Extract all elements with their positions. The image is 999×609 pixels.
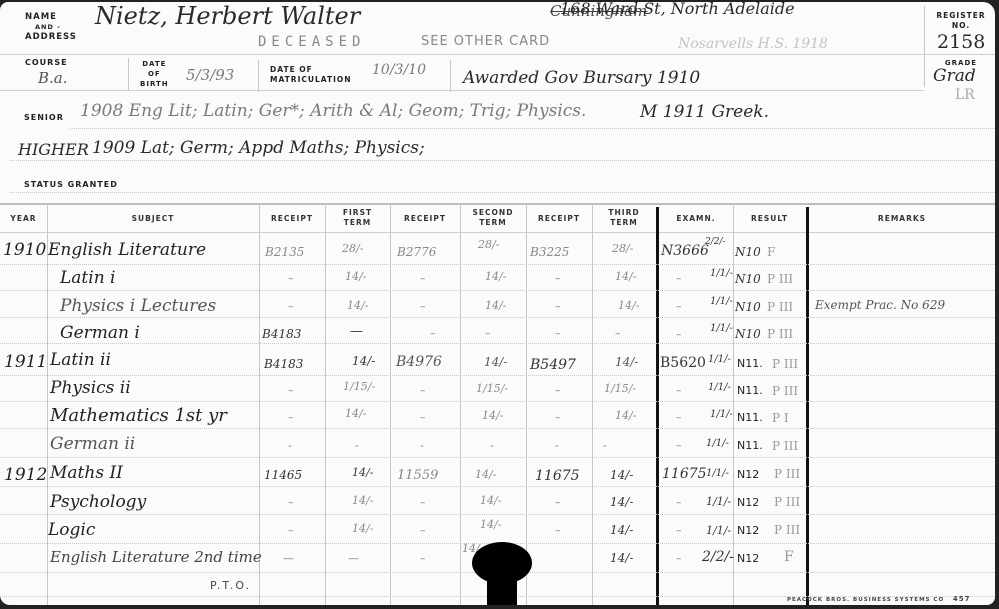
col-header-second-term: SECONDTERM <box>460 208 526 228</box>
printer-imprint: PEACOCK BROS. BUSINESS SYSTEMS CO 457 <box>787 595 971 603</box>
col-header-receipt-3: RECEIPT <box>526 214 592 224</box>
course-value: B.a. <box>38 69 68 87</box>
senior-extra: M 1911 Greek. <box>640 102 769 122</box>
cell-examn: B5620 <box>660 355 706 371</box>
cell-first-term: 14/- <box>352 354 375 368</box>
cell-receipt-1: – <box>288 272 294 285</box>
cell-examn: – <box>676 300 682 313</box>
cell-receipt-2: – <box>420 300 426 313</box>
cell-examn: – <box>676 496 682 509</box>
col-header-first-term: FIRSTTERM <box>325 208 390 228</box>
cell-receipt-3: 11675 <box>535 468 580 484</box>
row-line <box>0 401 995 402</box>
table-header-border <box>0 232 995 233</box>
cell-subject: Logic <box>48 520 95 540</box>
cell-grade: P III <box>767 327 793 341</box>
cell-first-term: 14/- <box>352 522 373 535</box>
col-header-result: RESULT <box>733 214 806 224</box>
cell-examn: – <box>676 328 682 341</box>
divider <box>0 54 995 55</box>
cell-exam-fee: 2/2/- <box>702 549 734 565</box>
cell-receipt-2: – <box>420 384 426 397</box>
cell-receipt-1: B2135 <box>265 245 304 259</box>
cell-exam-fee: 1/1/- <box>708 354 731 365</box>
name-label: NAME AND - ADDRESS <box>25 12 77 42</box>
row-line <box>0 317 995 318</box>
col-header-receipt-1: RECEIPT <box>259 214 325 224</box>
matriculation-label: DATE OF MATRICULATION <box>270 65 352 85</box>
divider <box>10 192 995 193</box>
matriculation-value: 10/3/10 <box>372 62 426 78</box>
cell-year: 1912 <box>4 465 47 485</box>
cell-receipt-2: – <box>420 524 426 537</box>
cell-third-term: 28/- <box>612 242 633 255</box>
cell-exam-fee: 1/1/- <box>706 468 729 479</box>
cell-examn: – <box>676 384 682 397</box>
cell-receipt-1: 11465 <box>264 468 302 482</box>
cell-receipt-1: - <box>288 439 292 452</box>
cell-second-term: 28/- <box>478 238 499 251</box>
cell-first-term: 28/- <box>342 242 363 255</box>
status-granted-label: STATUS GRANTED <box>24 180 118 190</box>
cell-result: N11. <box>737 357 763 370</box>
cell-year: 1910 <box>3 240 46 260</box>
cell-receipt-1: – <box>288 384 294 397</box>
col-header-subject: SUBJECT <box>47 214 259 224</box>
cell-third-term: 14/- <box>610 495 633 509</box>
cell-receipt-3: – <box>555 327 561 340</box>
cell-third-term: – <box>615 327 621 340</box>
divider <box>70 128 995 129</box>
row-line <box>0 457 995 458</box>
cell-subject: Latin i <box>60 268 115 288</box>
row-line <box>0 428 995 429</box>
register-label: REGISTER NO. <box>928 11 994 31</box>
cell-first-term: 14/- <box>352 494 373 507</box>
cell-exam-fee: 2/2/- <box>705 237 726 247</box>
cell-third-term: 14/- <box>610 468 633 482</box>
cell-receipt-1: B4183 <box>262 327 301 341</box>
deceased-stamp: DECEASED <box>258 34 365 50</box>
cell-result: N10 <box>735 245 761 259</box>
cell-exam-fee: 1/1/- <box>706 495 731 508</box>
cell-receipt-1: – <box>288 300 294 313</box>
cell-exam-fee: 1/1/- <box>710 323 733 334</box>
cell-second-term: 14/- <box>482 409 503 422</box>
cell-subject: German ii <box>50 434 135 454</box>
student-record-card: NAME AND - ADDRESS Nietz, Herbert Walter… <box>0 2 995 605</box>
cell-receipt-3: – <box>555 524 561 537</box>
cell-result: N12 <box>737 496 759 509</box>
dob-value: 5/3/93 <box>186 66 234 84</box>
cell-subject: Psychology <box>50 492 146 512</box>
cell-examn: – <box>676 272 682 285</box>
cell-receipt-1: – <box>288 411 294 424</box>
cell-second-term: 14/- <box>484 355 507 369</box>
cell-receipt-3: – <box>555 496 561 509</box>
cell-grade: P III <box>767 272 793 286</box>
row-line <box>0 375 995 376</box>
col-header-third-term: THIRDTERM <box>592 208 656 228</box>
cell-result: N10 <box>735 272 761 286</box>
col-header-examn: EXAMN. <box>659 214 733 224</box>
row-line <box>0 514 995 515</box>
cell-grade: P III <box>774 495 800 509</box>
senior-value: 1908 Eng Lit; Latin; Ger*; Arith & Al; G… <box>80 101 586 121</box>
cell-receipt-2: – <box>420 552 426 565</box>
cell-examn: – <box>676 439 682 452</box>
cell-receipt-2: 11559 <box>397 468 438 483</box>
cell-result: N10 <box>735 327 761 341</box>
cell-subject: English Literature <box>48 240 206 260</box>
table-top-border <box>0 203 995 205</box>
cell-examn: N3666 <box>661 243 709 259</box>
cell-examn: – <box>676 552 682 565</box>
cell-second-term: - <box>490 439 494 452</box>
cell-first-term: 14/- <box>345 270 366 283</box>
cell-receipt-3: B3225 <box>530 245 569 259</box>
cell-receipt-3: – <box>555 300 561 313</box>
cell-result: N10 <box>735 300 761 314</box>
cell-first-term: 14/- <box>352 466 373 479</box>
row-line <box>0 290 995 291</box>
cell-receipt-1: B4183 <box>264 357 303 371</box>
cell-examn: – <box>676 524 682 537</box>
divider <box>258 60 259 92</box>
row-line <box>0 264 995 265</box>
cell-first-term: 14/- <box>345 407 366 420</box>
row-line <box>0 343 995 344</box>
cell-third-term: 14/- <box>618 299 639 312</box>
cell-grade: P III <box>774 467 800 481</box>
cell-second-term: 1/15/- <box>476 382 508 395</box>
cell-receipt-2: – <box>430 327 436 340</box>
cell-receipt-2: – <box>420 496 426 509</box>
cell-result: N11. <box>737 411 763 424</box>
cell-receipt-3: B5497 <box>530 357 576 373</box>
cell-grade: P III <box>774 523 800 537</box>
cell-receipt-2: B4976 <box>396 354 442 370</box>
register-number: 2158 <box>937 31 985 53</box>
cell-second-term: 14/- <box>485 270 506 283</box>
cell-subject: German i <box>60 323 140 343</box>
senior-label: SENIOR <box>24 113 64 123</box>
cell-result: N12 <box>737 552 759 565</box>
cell-exam-fee: 1/1/- <box>708 382 731 393</box>
pto-note: P.T.O. <box>210 579 251 592</box>
higher-value: 1909 Lat; Germ; Appd Maths; Physics; <box>92 138 425 158</box>
cell-receipt-2: – <box>420 272 426 285</box>
cell-first-term: - <box>355 439 359 452</box>
cell-exam-fee: 1/1/- <box>706 524 731 537</box>
cell-receipt-1: – <box>288 524 294 537</box>
cell-examn: 11675 <box>662 466 707 482</box>
see-other-card-stamp: SEE OTHER CARD <box>421 34 550 49</box>
cell-receipt-1: — <box>283 552 294 565</box>
cell-grade: P III <box>772 439 798 453</box>
cell-grade: P III <box>767 300 793 314</box>
cell-third-term: 14/- <box>615 409 636 422</box>
cell-receipt-3: – <box>555 384 561 397</box>
cell-exam-fee: 1/1/- <box>710 409 733 420</box>
col-header-receipt-2: RECEIPT <box>390 214 460 224</box>
cell-receipt-2: - <box>420 439 424 452</box>
cell-result: N11. <box>737 439 763 452</box>
cell-first-term: — <box>350 324 363 339</box>
cell-result: N11. <box>737 384 763 397</box>
row-line <box>0 486 995 487</box>
cell-exam-fee: 1/1/- <box>710 296 733 307</box>
cell-remarks: Exempt Prac. No 629 <box>815 298 945 312</box>
cell-receipt-3: - <box>555 439 559 452</box>
cell-result: N12 <box>737 468 759 481</box>
higher-label: HIGHER <box>18 140 89 159</box>
divider <box>128 58 129 90</box>
faint-note: Nosarvells H.S. 1918 <box>678 36 828 52</box>
cell-subject: Maths II <box>50 463 123 483</box>
divider <box>924 57 925 87</box>
cell-subject: Physics i Lectures <box>60 296 216 316</box>
cell-exam-fee: 1/1/- <box>710 268 733 279</box>
cell-second-term: 14/- <box>480 494 501 507</box>
col-header-remarks: REMARKS <box>809 214 995 224</box>
cell-first-term: 14/- <box>347 299 368 312</box>
cell-receipt-3: – <box>555 272 561 285</box>
cell-subject: Latin ii <box>50 350 111 370</box>
award-note: Awarded Gov Bursary 1910 <box>463 68 700 88</box>
divider <box>450 60 451 92</box>
cell-grade: P III <box>772 357 798 371</box>
divider <box>10 160 995 161</box>
cell-grade: F <box>784 549 794 565</box>
cell-year: 1911 <box>4 352 47 372</box>
cell-receipt-2: – <box>420 411 426 424</box>
cell-second-term: 14/- <box>485 299 506 312</box>
cell-third-term: 14/- <box>610 523 633 537</box>
col-line-bold <box>806 207 809 605</box>
cell-subject: English Literature 2nd time <box>50 548 262 566</box>
cell-grade: P I <box>772 411 789 425</box>
cell-receipt-1: – <box>288 496 294 509</box>
cell-subject: Physics ii <box>50 378 131 398</box>
cell-first-term: — <box>348 552 359 565</box>
col-line-bold <box>656 207 659 605</box>
cell-result: N12 <box>737 524 759 537</box>
cell-receipt-2: B2776 <box>397 245 436 259</box>
cell-examn: – <box>676 411 682 424</box>
cell-subject: Mathematics 1st yr <box>50 405 227 426</box>
divider <box>0 90 924 91</box>
cell-third-term: 1/15/- <box>604 382 636 395</box>
cell-third-term: 14/- <box>615 270 636 283</box>
cell-third-term: 14/- <box>615 355 638 369</box>
cell-first-term: 1/15/- <box>343 380 375 393</box>
student-name: Nietz, Herbert Walter <box>95 2 360 30</box>
course-label: COURSE <box>25 58 68 68</box>
punch-hole-slot <box>487 572 517 605</box>
grade-note: LR <box>955 87 975 103</box>
address-value: 168 Ward St, North Adelaide <box>560 2 795 18</box>
grade-value: Grad <box>933 66 976 86</box>
cell-second-term: 14/- <box>475 468 496 481</box>
dob-label: DATE OF BIRTH <box>140 59 169 89</box>
cell-grade: P III <box>772 384 798 398</box>
col-header-year: YEAR <box>0 214 47 224</box>
cell-third-term: - <box>603 439 607 452</box>
cell-receipt-3: – <box>555 411 561 424</box>
cell-third-term: 14/- <box>610 551 633 565</box>
cell-second-term: 14/- <box>480 518 501 531</box>
cell-grade: F <box>767 245 775 259</box>
cell-exam-fee: 1/1/- <box>706 438 729 449</box>
cell-second-term: – <box>485 327 491 340</box>
